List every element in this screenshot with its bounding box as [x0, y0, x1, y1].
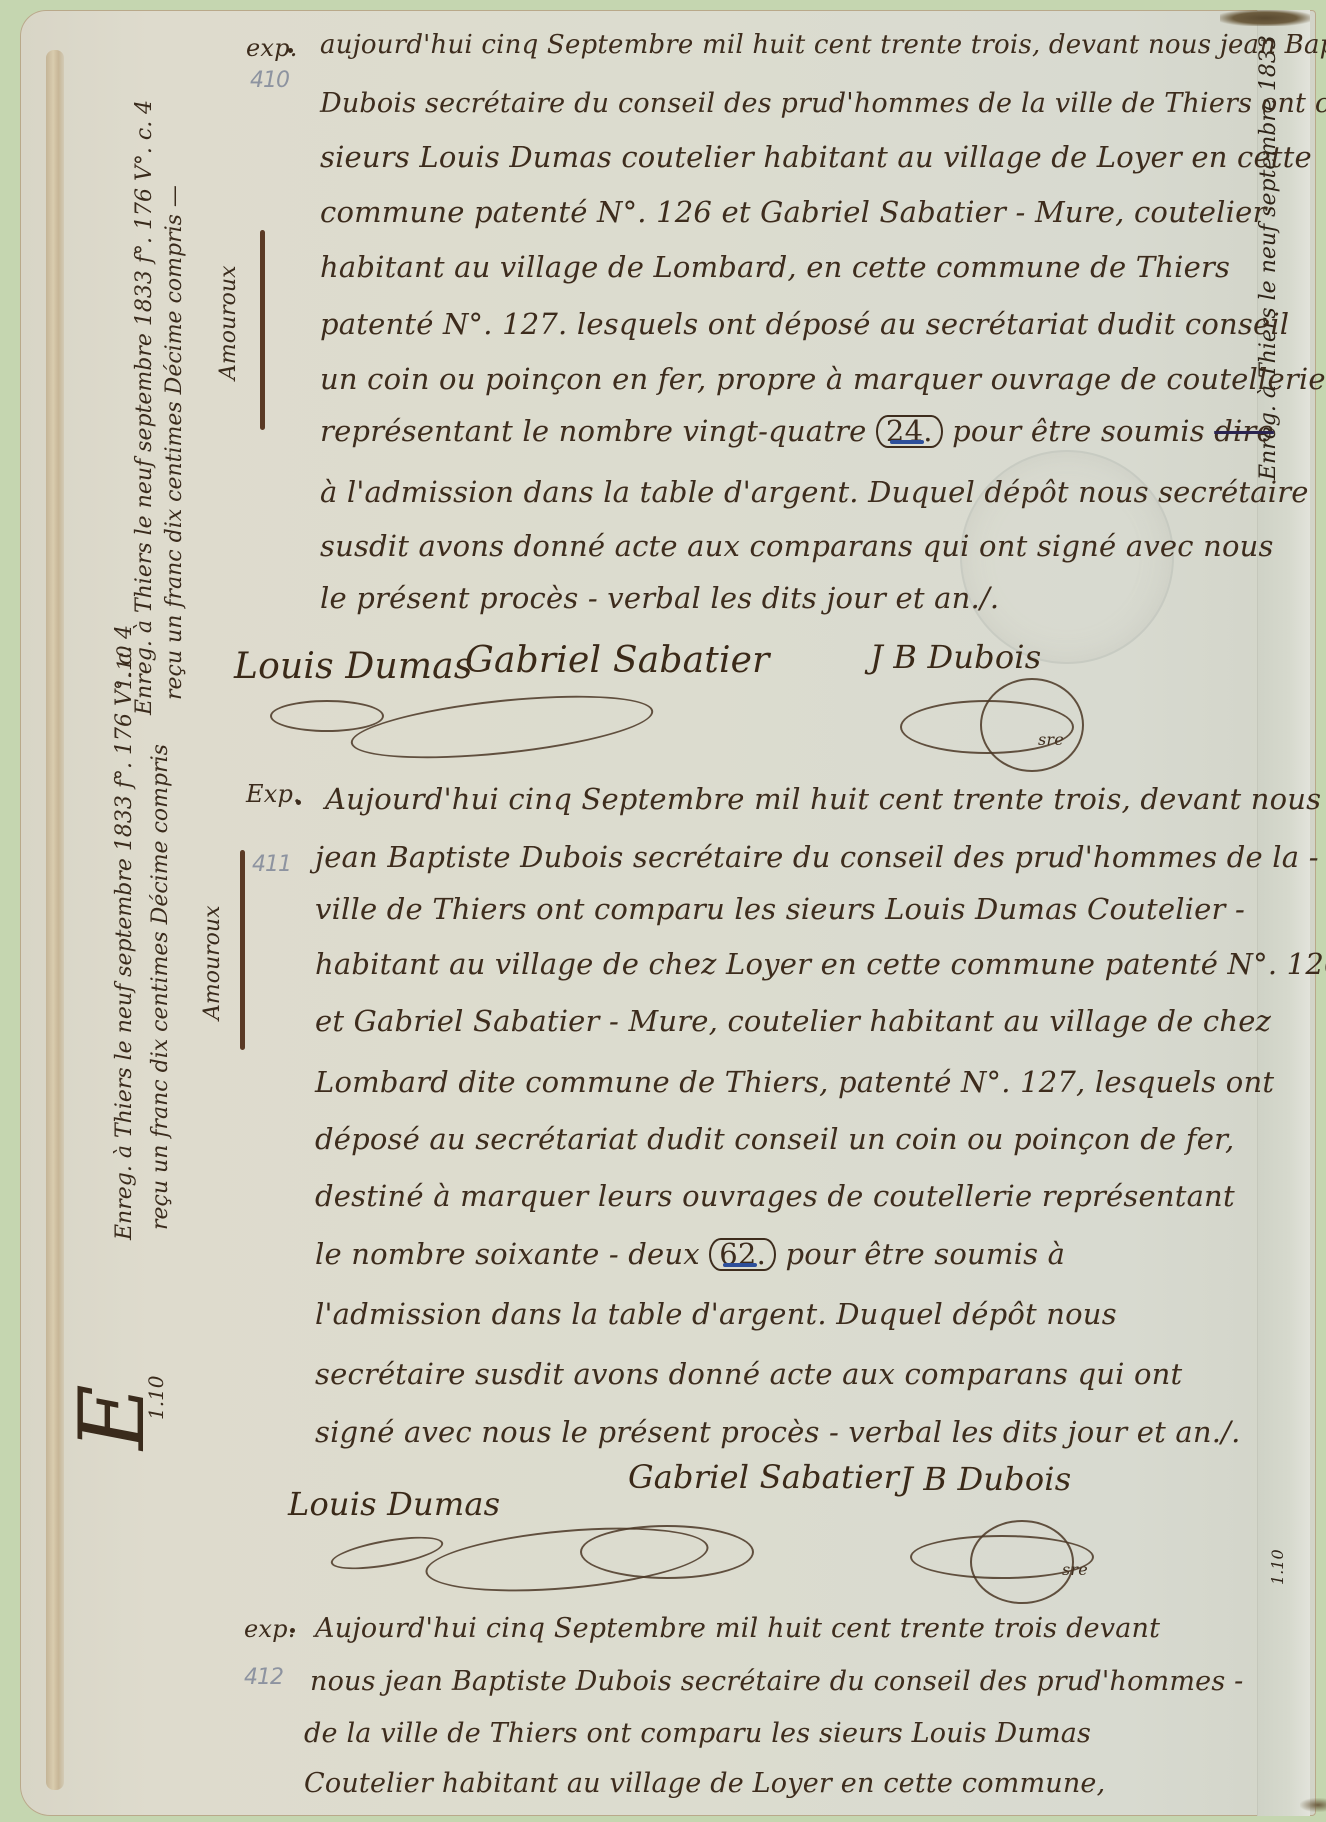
right-margin-note-2: 1.10 [1268, 1549, 1287, 1585]
entry-411-line-9: le nombre soixante - deux 62. pour être … [315, 1238, 1065, 1271]
entry-410-line-8: représentant le nombre vingt-quatre 24. … [320, 415, 1274, 448]
entry-bullet [288, 48, 293, 53]
margin-note-2-line-2: reçu un franc dix centimes Décime compri… [148, 744, 173, 1230]
margin-rule-1 [260, 230, 265, 430]
entry-411-line-7: déposé au secrétariat dudit conseil un c… [315, 1125, 1234, 1154]
entry-410-line-1: aujourd'hui cinq Septembre mil huit cent… [320, 32, 1326, 58]
margin-note-1-line-1: Enreg. à Thiers le neuf septembre 1833 f… [132, 100, 157, 715]
entry-411-exp-label: Exp. [246, 780, 301, 808]
torn-paper-bottom [1300, 1798, 1326, 1812]
torn-paper-top [1220, 10, 1310, 26]
entry-412-exp-label: exp. [244, 1615, 296, 1643]
entry-411-line-4: habitant au village de chez Loyer en cet… [315, 950, 1326, 979]
margin-note-3-amount: 1.10 [144, 1375, 168, 1420]
entry-410-line-3: sieurs Louis Dumas coutelier habitant au… [320, 143, 1312, 172]
entry-410-line-6: patenté N°. 127. lesquels ont déposé au … [320, 310, 1289, 339]
entry-410-line-8-tail: pour être soumis [952, 414, 1205, 448]
manuscript-page: Enreg. à Thiers le neuf septembre 1833 f… [20, 10, 1316, 1816]
entry-411-line-6: Lombard dite commune de Thiers, patenté … [315, 1068, 1274, 1097]
entry-410-line-4: commune patenté N°. 126 et Gabriel Sabat… [320, 198, 1267, 227]
signature-flourish [980, 678, 1084, 772]
signature-gabriel-sabatier: Gabriel Sabatier [465, 640, 770, 681]
entry-410-line-7: un coin ou poinçon en fer, propre à marq… [320, 365, 1326, 394]
entry-411-circled-number: 62. [709, 1238, 776, 1271]
entry-bullet [296, 800, 301, 805]
entry-410-pencil-number: 410 [250, 68, 289, 93]
entry-410-line-2: Dubois secrétaire du conseil des prud'ho… [320, 90, 1326, 117]
viewer-frame: Enreg. à Thiers le neuf septembre 1833 f… [0, 0, 1326, 1822]
entry-410-line-5: habitant au village de Lombard, en cette… [320, 253, 1230, 282]
signature-louis-dumas: Louis Dumas [288, 1485, 500, 1523]
entry-412-pencil-number: 412 [244, 1665, 283, 1690]
margin-rule-2 [240, 850, 245, 1050]
signature-flourish [970, 1520, 1074, 1604]
entry-411-line-1: Aujourd'hui cinq Septembre mil huit cent… [325, 785, 1321, 814]
signature-jb-dubois: J B Dubois [900, 1460, 1071, 1498]
entry-410-line-9: à l'admission dans la table d'argent. Du… [320, 478, 1309, 507]
entry-410-struck-word: dire [1214, 414, 1274, 448]
entry-412-line-2: nous jean Baptiste Dubois secrétaire du … [310, 1668, 1244, 1695]
entry-412-line-1: Aujourd'hui cinq Septembre mil huit cent… [315, 1615, 1160, 1642]
margin-note-1-line-2: reçu un franc dix centimes Décime compri… [162, 185, 187, 700]
entry-411-line-2: jean Baptiste Dubois secrétaire du conse… [315, 843, 1319, 872]
margin-note-1-initials: Amouroux [216, 265, 241, 380]
entry-411-pencil-number: 411 [252, 852, 291, 877]
entry-411-line-9-text: le nombre soixante - deux [315, 1237, 700, 1271]
entry-410-line-11: le présent procès - verbal les dits jour… [320, 584, 999, 613]
signature-flourish [348, 684, 656, 769]
entry-411-line-11: secrétaire susdit avons donné acte aux c… [315, 1360, 1182, 1389]
entry-410-circled-number: 24. [876, 415, 943, 448]
margin-note-2-line-1: Enreg. à Thiers le neuf septembre 1833 f… [112, 625, 137, 1240]
entry-410-line-10: susdit avons donné acte aux comparans qu… [320, 532, 1274, 561]
margin-note-2-initials: Amouroux [200, 905, 225, 1020]
signature-gabriel-sabatier: Gabriel Sabatier [628, 1458, 899, 1496]
binding-edge [46, 50, 64, 1790]
entry-411-line-8: destiné à marquer leurs ouvrages de cout… [315, 1182, 1235, 1211]
entry-bullet [290, 1628, 295, 1633]
entry-412-line-4: Coutelier habitant au village de Loyer e… [304, 1770, 1105, 1797]
signature-jb-dubois: J B Dubois [870, 638, 1041, 676]
signature-louis-dumas: Louis Dumas [234, 646, 473, 687]
entry-411-line-12: signé avec nous le présent procès - verb… [315, 1418, 1241, 1447]
entry-411-line-10: l'admission dans la table d'argent. Duqu… [315, 1300, 1117, 1329]
entry-412-line-3: de la ville de Thiers ont comparu les si… [304, 1720, 1091, 1747]
entry-411-line-5: et Gabriel Sabatier - Mure, coutelier ha… [315, 1007, 1271, 1036]
entry-410-line-8-text: représentant le nombre vingt-quatre [320, 414, 867, 448]
signature-flourish [580, 1525, 754, 1579]
entry-411-line-9-tail: pour être soumis à [785, 1237, 1065, 1271]
entry-411-line-3: ville de Thiers ont comparu les sieurs L… [315, 895, 1245, 924]
